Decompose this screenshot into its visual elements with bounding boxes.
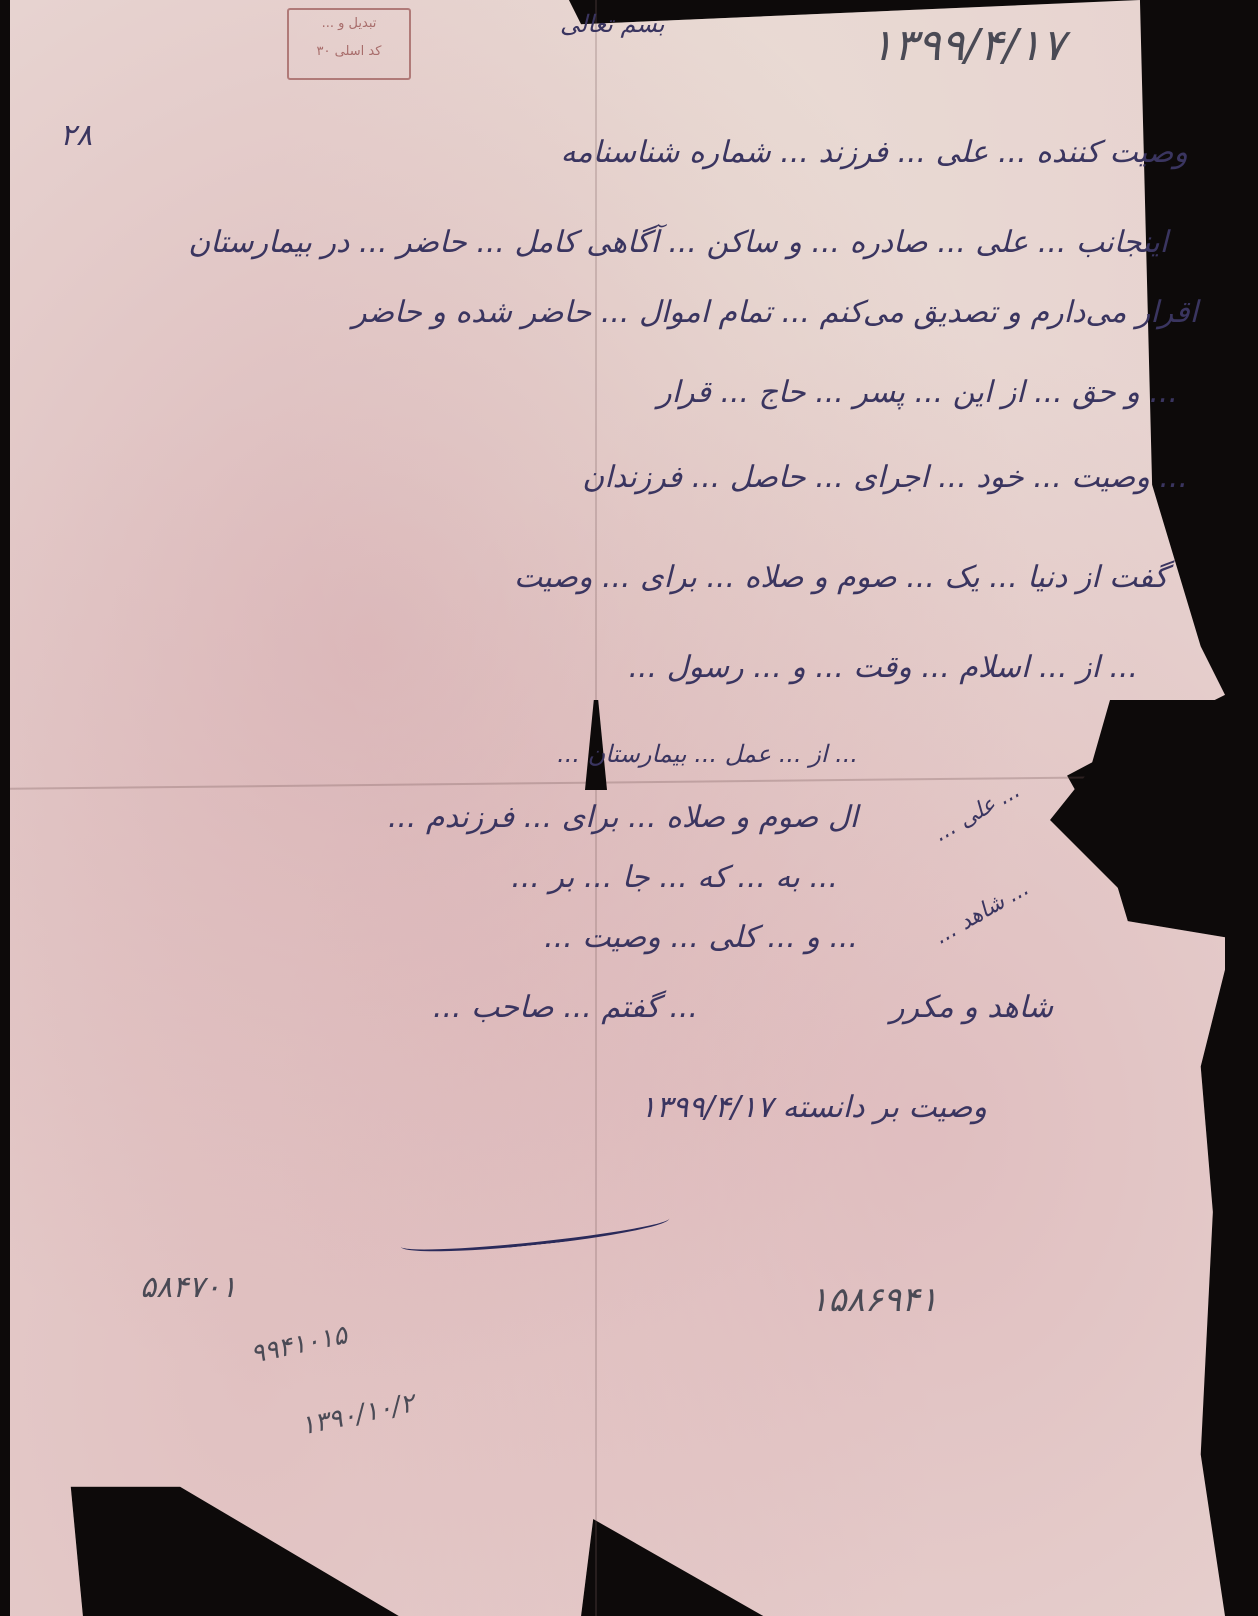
text-line-6: گفت از دنیا ... یک ... صوم و صلاه ... بر…	[514, 560, 1168, 595]
margin-number: ۲۸	[60, 118, 92, 153]
text-line-7: ... از ... اسلام ... وقت ... و ... رسول …	[629, 650, 1138, 685]
text-line-4: ... و حق ... از این ... پسر ... حاج ... …	[657, 375, 1178, 410]
text-line-12: ... گفتم ... صاحب ...	[433, 990, 698, 1025]
stamp-line-2: کد اسلی ۳۰	[289, 38, 409, 66]
text-line-9: ال صوم و صلاه ... برای ... فرزندم ...	[388, 800, 858, 835]
text-line-10: ... به ... که ... جا ... بر ...	[511, 860, 838, 895]
text-line-11: ... و ... کلی ... وصیت ...	[544, 920, 858, 955]
text-line-3: اقرار می‌دارم و تصدیق می‌کنم ... تمام ام…	[352, 295, 1198, 330]
date-bottom: وصیت بر دانسته ۱۳۹۹/۴/۱۷	[640, 1090, 987, 1125]
bottom-right-number: ۱۵۸۶۹۴۱	[810, 1280, 938, 1320]
bottom-left-number-1: ۵۸۴۷۰۱	[140, 1270, 237, 1305]
text-line-8: ... از ... عمل ... بیمارستان ...	[557, 740, 858, 768]
text-line-2: اینجانب ... علی ... صادره ... و ساکن ...…	[188, 225, 1168, 260]
text-line-1: وصیت کننده ... علی ... فرزند ... شماره ش…	[561, 135, 1188, 170]
text-line-5: ... وصیت ... خود ... اجرای ... حاصل ... …	[582, 460, 1188, 495]
side-note-3: شاهد و مکرر	[890, 990, 1053, 1025]
stamp-line-1: تبدیل و ...	[289, 10, 409, 38]
date-top: ۱۳۹۹/۴/۱۷	[870, 20, 1065, 71]
heading-bismillah: بسم تعالی	[560, 10, 665, 38]
official-stamp: تبدیل و ... کد اسلی ۳۰	[287, 8, 411, 80]
